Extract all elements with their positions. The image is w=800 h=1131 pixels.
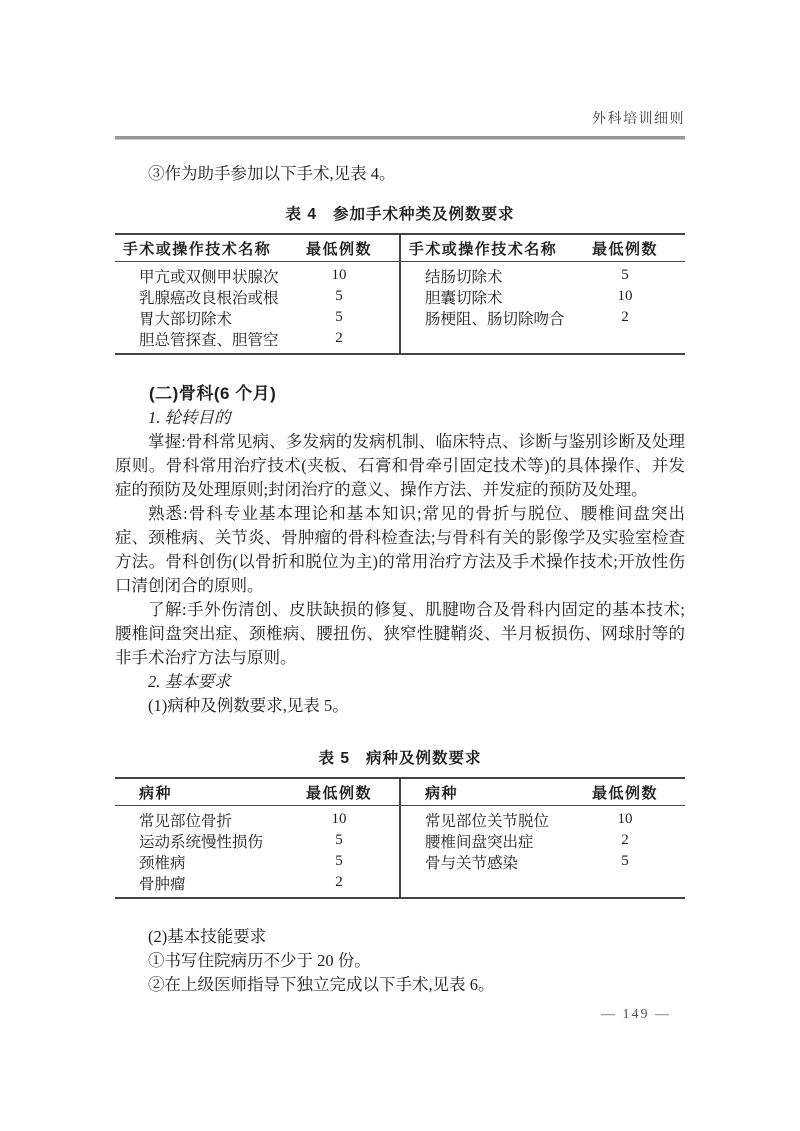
familiar-paragraph: 熟悉:骨科专业基本理论和基本知识;常见的骨折与脱位、腰椎间盘突出症、颈椎病、关节… [115,502,685,598]
table-row: 乳腺癌改良根治或根治术 5 [115,286,399,307]
table5-header-row: 病种 最低例数 [115,779,399,806]
min-case-count: 2 [565,832,685,849]
table4: 手术或操作技术名称 最低例数 甲亢或双侧甲状腺次全切除术 10 乳腺癌改良根治或… [115,233,685,355]
table4-left-half: 手术或操作技术名称 最低例数 甲亢或双侧甲状腺次全切除术 10 乳腺癌改良根治或… [115,235,399,353]
min-case-count: 10 [565,288,685,305]
table4-title: 表 4参加手术种类及例数要求 [115,204,685,226]
table5-title: 表 5病种及例数要求 [115,748,685,770]
table-row: 胆总管探查、胆管空肠吻合术 2 [115,328,399,349]
procedure-name: 胆囊切除术 [401,286,565,308]
column-header-disease: 病种 [401,782,565,803]
table-row: 运动系统慢性损伤 5 [115,830,399,851]
table5-header-row: 病种 最低例数 [401,779,685,806]
min-case-count: 5 [565,267,685,284]
disease-name: 腰椎间盘突出症 [401,830,565,852]
requirement-1-line: (1)病种及例数要求,见表 5。 [115,694,685,718]
skill-item-records: ①书写住院病历不少于 20 份。 [115,949,685,973]
disease-name: 骨肿瘤 [115,872,279,894]
disease-name: 常见部位骨折 [115,809,279,831]
table5: 病种 最低例数 常见部位骨折 10 运动系统慢性损伤 5 颈椎病 5 [115,777,685,899]
table5-right-half: 病种 最低例数 常见部位关节脱位 10 腰椎间盘突出症 2 骨与关节感染 5 [399,779,685,897]
column-header-procedure: 手术或操作技术名称 [401,238,565,259]
min-case-count: 10 [279,811,399,828]
understand-paragraph: 了解:手外伤清创、皮肤缺损的修复、肌腱吻合及骨科内固定的基本技术;腰椎间盘突出症… [115,598,685,670]
table-row [401,328,685,349]
table4-right-half: 手术或操作技术名称 最低例数 结肠切除术 5 胆囊切除术 10 肠梗阻、肠切除吻… [399,235,685,353]
column-header-procedure: 手术或操作技术名称 [115,238,279,259]
table4-title-text: 参加手术种类及例数要求 [333,206,515,223]
master-paragraph: 掌握:骨科常见病、多发病的发病机制、临床特点、诊断与鉴别诊断及处理原则。骨科常用… [115,430,685,502]
min-case-count: 2 [279,874,399,891]
rotation-purpose-heading: 1. 轮转目的 [115,406,685,430]
min-case-count: 5 [279,288,399,305]
procedure-name: 胃大部切除术 [115,307,279,329]
table-row: 结肠切除术 5 [401,265,685,286]
table4-header-row: 手术或操作技术名称 最低例数 [115,235,399,262]
table-row: 颈椎病 5 [115,851,399,872]
procedure-name: 结肠切除术 [401,265,565,287]
disease-name: 颈椎病 [115,851,279,873]
min-case-count: 5 [279,853,399,870]
disease-name: 运动系统慢性损伤 [115,830,279,852]
table-row: 甲亢或双侧甲状腺次全切除术 10 [115,265,399,286]
table-row: 骨与关节感染 5 [401,851,685,872]
table-row: 常见部位关节脱位 10 [401,809,685,830]
table-row [401,872,685,893]
running-header-title: 外科培训细则 [115,110,685,130]
table-row: 常见部位骨折 10 [115,809,399,830]
table5-left-rows: 常见部位骨折 10 运动系统慢性损伤 5 颈椎病 5 骨肿瘤 2 [115,806,399,897]
disease-name: 骨与关节感染 [401,851,565,873]
skill-item-surgery: ②在上级医师指导下独立完成以下手术,见表 6。 [115,973,685,997]
min-case-count: 5 [279,832,399,849]
column-header-disease: 病种 [115,782,279,803]
column-header-min-cases: 最低例数 [565,238,685,259]
procedure-name: 乳腺癌改良根治或根治术 [115,286,279,308]
procedure-name: 肠梗阻、肠切除吻合术 [401,307,565,329]
column-header-min-cases: 最低例数 [565,782,685,803]
min-case-count: 10 [565,811,685,828]
table4-left-rows: 甲亢或双侧甲状腺次全切除术 10 乳腺癌改良根治或根治术 5 胃大部切除术 5 … [115,262,399,353]
assist-surgery-line: ③作为助手参加以下手术,见表 4。 [115,162,685,186]
procedure-name: 甲亢或双侧甲状腺次全切除术 [115,265,279,287]
min-case-count: 10 [279,267,399,284]
table4-right-rows: 结肠切除术 5 胆囊切除术 10 肠梗阻、肠切除吻合术 2 [401,262,685,353]
min-case-count: 2 [565,309,685,326]
section-heading-orthopedics: (二)骨科(6 个月) [115,382,685,406]
min-case-count: 5 [565,853,685,870]
table-row: 腰椎间盘突出症 2 [401,830,685,851]
header-rule [115,136,685,140]
table5-title-text: 病种及例数要求 [366,750,482,767]
table-row: 骨肿瘤 2 [115,872,399,893]
column-header-min-cases: 最低例数 [279,238,399,259]
table5-label: 表 5 [319,750,350,767]
table5-right-rows: 常见部位关节脱位 10 腰椎间盘突出症 2 骨与关节感染 5 [401,806,685,897]
table5-left-half: 病种 最低例数 常见部位骨折 10 运动系统慢性损伤 5 颈椎病 5 [115,779,399,897]
table4-label: 表 4 [286,206,317,223]
column-header-min-cases: 最低例数 [279,782,399,803]
table-row: 肠梗阻、肠切除吻合术 2 [401,307,685,328]
document-page: 外科培训细则 ③作为助手参加以下手术,见表 4。 表 4参加手术种类及例数要求 … [0,0,800,1131]
basic-skill-heading: (2)基本技能要求 [115,925,685,949]
min-case-count: 5 [279,309,399,326]
basic-requirements-heading: 2. 基本要求 [115,670,685,694]
table-row: 胃大部切除术 5 [115,307,399,328]
procedure-name: 胆总管探查、胆管空肠吻合术 [115,328,279,350]
table4-header-row: 手术或操作技术名称 最低例数 [401,235,685,262]
disease-name: 常见部位关节脱位 [401,809,565,831]
table-row: 胆囊切除术 10 [401,286,685,307]
min-case-count: 2 [279,330,399,347]
page-number: — 149 — [115,1006,685,1023]
page-content: 外科培训细则 ③作为助手参加以下手术,见表 4。 表 4参加手术种类及例数要求 … [115,110,685,1023]
